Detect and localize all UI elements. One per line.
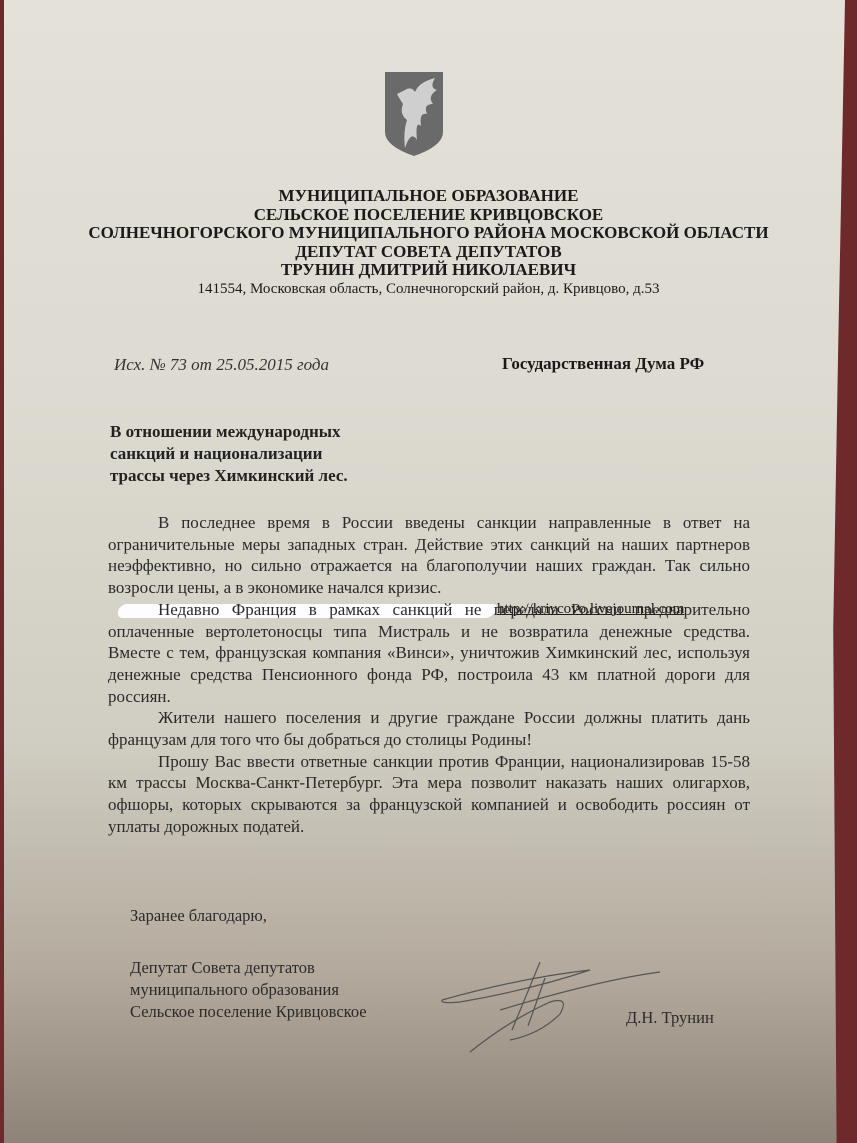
paragraph: В последнее время в России введены санкц…	[108, 512, 750, 599]
signature-title-line: Сельское поселение Кривцовское	[130, 1001, 367, 1023]
letterhead-line: МУНИЦИПАЛЬНОЕ ОБРАЗОВАНИЕ	[0, 187, 857, 206]
subject-line: трассы через Химкинский лес.	[110, 465, 348, 487]
signature-title-line: муниципального образования	[130, 979, 367, 1001]
subject: В отношении международных санкций и наци…	[110, 421, 348, 487]
letterhead-line: СЕЛЬСКОЕ ПОСЕЛЕНИЕ КРИВЦОВСКОЕ	[0, 206, 857, 225]
coat-of-arms-icon	[383, 70, 445, 158]
letterhead-line: ДЕПУТАТ СОВЕТА ДЕПУТАТОВ	[0, 243, 857, 262]
subject-line: В отношении международных	[110, 421, 348, 443]
paragraph: Жители нашего поселения и другие граждан…	[108, 707, 750, 750]
signature-title: Депутат Совета депутатов муниципального …	[130, 957, 367, 1023]
signer-name: Д.Н. Трунин	[626, 1008, 714, 1028]
outgoing-number: Исх. № 73 от 25.05.2015 года	[114, 355, 329, 375]
paragraph: Недавно Франция в рамках санкций не пере…	[108, 599, 750, 708]
letterhead-line: СОЛНЕЧНОГОРСКОГО МУНИЦИПАЛЬНОГО РАЙОНА М…	[0, 224, 857, 243]
letter-body: В последнее время в России введены санкц…	[108, 512, 750, 838]
signature-title-line: Депутат Совета депутатов	[130, 957, 367, 979]
subject-line: санкций и национализации	[110, 443, 348, 465]
closing: Заранее благодарю,	[130, 906, 267, 926]
letterhead: МУНИЦИПАЛЬНОЕ ОБРАЗОВАНИЕ СЕЛЬСКОЕ ПОСЕЛ…	[0, 187, 857, 298]
contact-line: http://krivcovo.livejournal.com	[0, 301, 857, 321]
recipient: Государственная Дума РФ	[502, 354, 704, 374]
address: 141554, Московская область, Солнечногорс…	[0, 280, 857, 298]
letterhead-line: ТРУНИН ДМИТРИЙ НИКОЛАЕВИЧ	[0, 261, 857, 280]
paragraph: Прошу Вас ввести ответные санкции против…	[108, 751, 750, 838]
